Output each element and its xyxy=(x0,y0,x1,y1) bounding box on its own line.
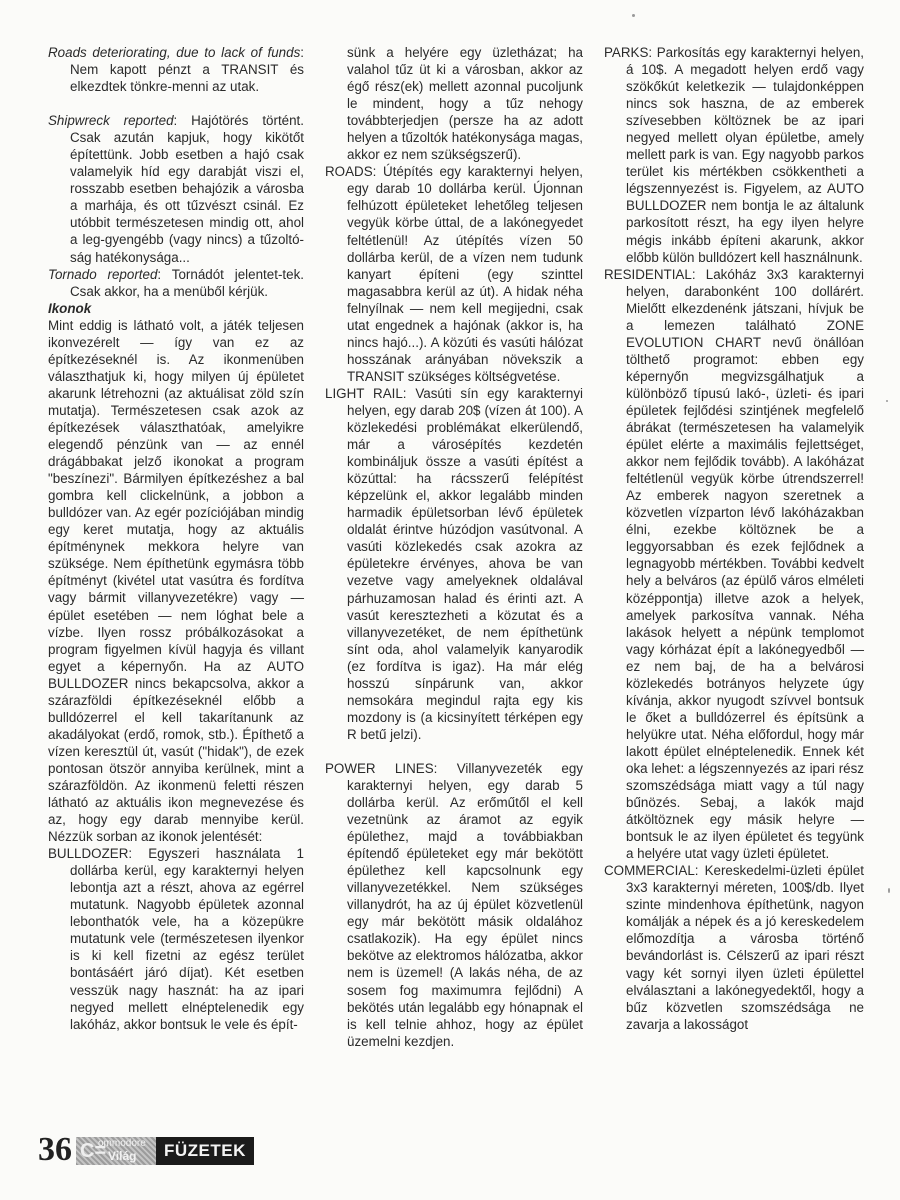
scan-speck xyxy=(886,400,888,402)
logo-series-name: FÜZETEK xyxy=(156,1137,254,1165)
column-right: PARKS: Parkosítás egy karakternyi helyen… xyxy=(604,44,864,1033)
entry-light-rail: LIGHT RAIL: Vasúti sín egy karakternyi h… xyxy=(325,385,583,743)
entry-term: BULLDOZER xyxy=(48,846,128,861)
scan-speck xyxy=(632,14,635,17)
entry-text: : Lakóház 3x3 karakternyi helyen, darabo… xyxy=(626,267,864,862)
entry-term: PARKS xyxy=(604,45,648,60)
section-heading-ikonok: Ikonok xyxy=(48,300,304,317)
paragraph-icons-intro: Mint eddig is látható volt, a játék telj… xyxy=(48,317,304,845)
page-number: 36 xyxy=(38,1135,72,1165)
entry-shipwreck: Shipwreck reported: Hajótörés történt. C… xyxy=(48,112,304,265)
entry-text: : Vasúti sín egy karakternyi helyen, egy… xyxy=(347,386,583,742)
entry-text: : Villanyvezeték egy karakternyi helyen,… xyxy=(347,761,583,1049)
entry-parks: PARKS: Parkosítás egy karakternyi helyen… xyxy=(604,44,864,266)
scan-speck xyxy=(888,888,890,893)
column-left: Roads deteriorating, due to lack of fund… xyxy=(48,44,304,1033)
entry-term: ROADS xyxy=(325,164,373,179)
entry-text: : Parkosítás egy karakternyi helyen, á 1… xyxy=(626,45,864,265)
logo-brand-bottom: Világ xyxy=(108,1150,136,1162)
entry-term: Shipwreck reported xyxy=(48,113,174,128)
entry-text: : Kereskedelmi-üzleti épület 3x3 karakte… xyxy=(626,863,864,1031)
entry-tornado: Tornado reported: Tornádót jelentet-tek.… xyxy=(48,266,304,300)
entry-commercial: COMMERCIAL: Kereskedelmi-üzleti épület 3… xyxy=(604,862,864,1032)
entry-text: : Egyszeri használata 1 dollárba kerül, … xyxy=(70,846,304,1031)
entry-term: Tornado reported xyxy=(48,267,157,282)
entry-text: : Útépítés egy karakternyi helyen, egy d… xyxy=(347,164,583,384)
entry-residential: RESIDENTIAL: Lakóház 3x3 karakternyi hel… xyxy=(604,266,864,863)
entry-bulldozer: BULLDOZER: Egyszeri használata 1 dollárb… xyxy=(48,845,304,1033)
entry-roads-deteriorating: Roads deteriorating, due to lack of fund… xyxy=(48,44,304,95)
entry-term: COMMERCIAL xyxy=(604,863,695,878)
entry-term: Roads deteriorating, due to lack of fund… xyxy=(48,45,300,60)
entry-power-lines: POWER LINES: Villanyvezeték egy karakter… xyxy=(325,760,583,1050)
entry-text: : Hajótörés történt. Csak azután kapjuk,… xyxy=(70,113,304,264)
commodore-vilag-logo: C= ommodore Világ xyxy=(76,1137,156,1165)
page-footer: 36 C= ommodore Világ FÜZETEK xyxy=(38,1135,254,1165)
entry-term: POWER LINES xyxy=(325,761,434,776)
entry-term: RESIDENTIAL xyxy=(604,267,692,282)
magazine-logo: C= ommodore Világ FÜZETEK xyxy=(76,1137,254,1165)
entry-term: LIGHT RAIL xyxy=(325,386,403,401)
paragraph-bulldozer-continued: sünk a helyére egy üzletházat; ha valaho… xyxy=(325,44,583,163)
column-middle: sünk a helyére egy üzletházat; ha valaho… xyxy=(325,44,583,1050)
entry-roads: ROADS: Útépítés egy karakternyi helyen, … xyxy=(325,163,583,385)
